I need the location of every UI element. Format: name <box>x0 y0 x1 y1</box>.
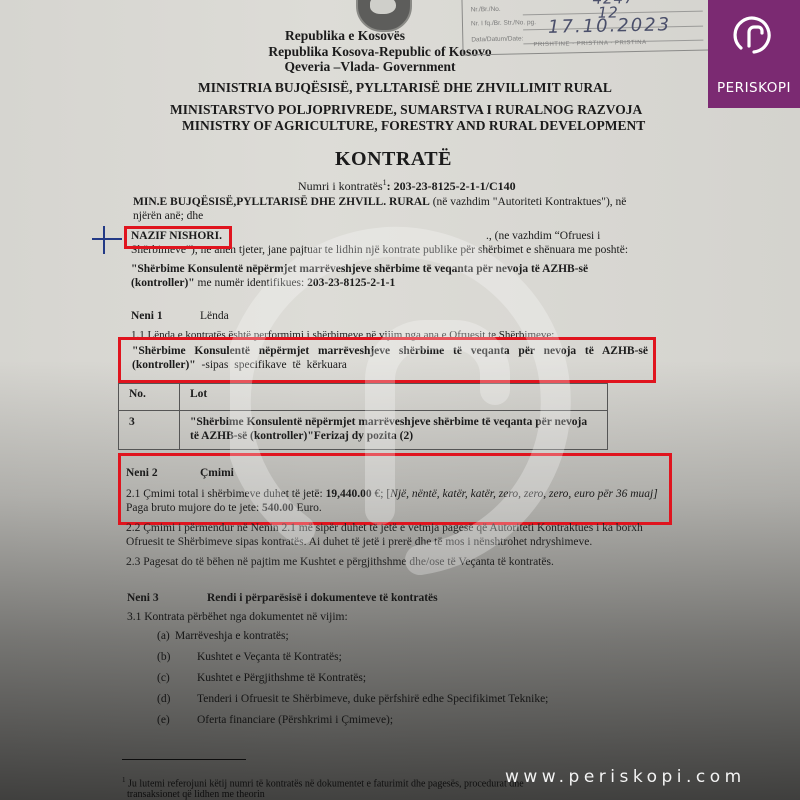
list-item-label: (c) <box>157 672 170 684</box>
contract-number-label: Numri i kontratës <box>298 179 383 193</box>
footnote-line1: Ju lutemi referojuni këtij numri të kont… <box>126 778 524 789</box>
service-id: 203-23-8125-2-1-1 <box>307 277 395 289</box>
stamp-date-label: Data/Datum/Date: <box>471 35 523 43</box>
stamp-number-label: Nr./Br./No. <box>471 6 501 14</box>
service-id-label: me numër identifikues: <box>195 277 307 289</box>
list-item-label: (b) <box>157 651 170 663</box>
list-item-label: (d) <box>157 693 170 705</box>
website-watermark: www.periskopi.com <box>505 767 746 787</box>
lot-description: "Shërbime Konsulentë nëpërmjet marrëvesh… <box>180 411 608 450</box>
stamp-handwritten-date: 17.10.2023 <box>548 14 671 38</box>
footnote: 1 Ju lutemi referojuni këtij numri të ko… <box>122 776 524 789</box>
footnote-line2: transaksionet që lidhen me theorin <box>127 789 265 800</box>
stamp-city: PRISHTINE · PRISTINA · PRISTINA <box>533 40 646 48</box>
ministry-name-en: MINISTRY OF AGRICULTURE, FORESTRY AND RU… <box>182 118 645 134</box>
list-item-text: Tenderi i Ofruesit te Shërbimeve, duke p… <box>197 693 548 705</box>
list-item-text: Kushtet e Veçanta të Kontratës; <box>197 651 342 663</box>
article-3-title: Rendi i përparësisë i dokumenteve të kon… <box>207 592 438 604</box>
highlight-contract-subject <box>118 337 656 383</box>
list-item-label: (e) <box>157 714 170 726</box>
contract-page: Republika e Kosovës Republika Kosova-Rep… <box>0 0 800 800</box>
lot-header-no: No. <box>119 384 180 411</box>
footnote-divider <box>122 759 246 760</box>
contracting-authority-paragraph: MIN.E BUJQËSISË,PYLLTARISË DHE ZHVILL. R… <box>133 195 653 223</box>
authority-name: MIN.E BUJQËSISË,PYLLTARISË DHE ZHVILL. R… <box>133 196 430 208</box>
ministry-name-sq: MINISTRIA BUJQËSISË, PYLLTARISË DHE ZHVI… <box>198 80 612 96</box>
stamp-ref-label: Nr. I fq./Br. Str./No. pg. <box>471 19 536 27</box>
highlight-provider-name <box>124 226 232 249</box>
contract-number: Numri i kontratës1: 203-23-8125-2-1-1/C1… <box>298 178 516 194</box>
article-1-label: Neni 1 <box>131 310 163 322</box>
article-3-1: 3.1 Kontrata përbëhet nga dokumentet në … <box>127 610 348 624</box>
ministry-name-sr: MINISTARSTVO POLJOPRIVREDE, SUMARSTVA I … <box>170 102 642 118</box>
lot-no: 3 <box>119 411 180 450</box>
article-3-label: Neni 3 <box>127 592 159 604</box>
lot-table-header: No. Lot <box>119 384 608 411</box>
document-title: KONTRATË <box>335 148 452 171</box>
handwritten-cross-mark-bar <box>92 238 122 240</box>
periskopi-logo-icon <box>733 14 775 56</box>
lot-header-lot: Lot <box>180 384 608 411</box>
article-2-2: 2.2 Çmimi i përmendur në Nenin 2.1 më si… <box>126 521 661 549</box>
service-title-paragraph: "Shërbime Konsulentë nëpërmjet marrëvesh… <box>131 262 651 290</box>
list-item-text: Kushtet e Përgjithshme të Kontratës; <box>197 672 366 684</box>
periskopi-brand-badge: PERISKOPI <box>708 0 800 108</box>
registry-stamp: Nr./Br./No. Nr. I fq./Br. Str./No. pg. D… <box>461 0 714 56</box>
article-2-3: 2.3 Pagesat do të bëhen në pajtim me Kus… <box>126 555 661 569</box>
provider-text: ., (ne vazhdim “Ofruesi i <box>486 229 600 243</box>
highlight-price <box>118 453 672 525</box>
article-1-title: Lënda <box>200 310 229 322</box>
list-item-text: Oferta financiare (Përshkrimi i Çmimeve)… <box>197 714 393 726</box>
table-row: 3 "Shërbime Konsulentë nëpërmjet marrëve… <box>119 411 608 450</box>
list-item-label: (a) <box>157 630 170 642</box>
list-item-text: Marrëveshja e kontratës; <box>175 630 289 642</box>
brand-name: PERISKOPI <box>708 80 800 96</box>
header-country-sq: Republika e Kosovës <box>230 28 460 44</box>
contract-number-value: : 203-23-8125-2-1-1/C140 <box>387 179 516 193</box>
lot-table: No. Lot 3 "Shërbime Konsulentë nëpërmjet… <box>118 383 608 450</box>
header-government: Qeveria –Vlada- Government <box>250 59 490 75</box>
handwritten-cross-mark <box>103 226 105 254</box>
